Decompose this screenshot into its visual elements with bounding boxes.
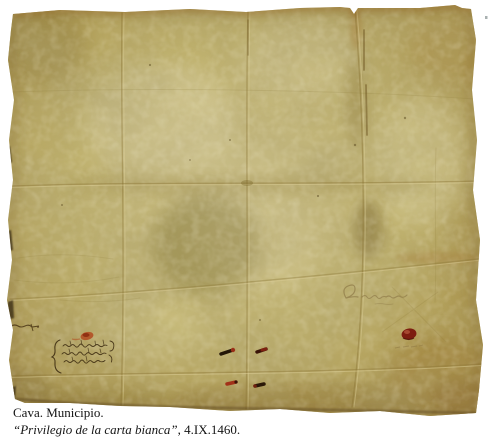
caption-title: “Privilegio de la carta bianca” [13, 422, 178, 437]
parchment-photo-figure: Cava. Municipio. “Privilegio de la carta… [0, 0, 492, 446]
parchment-photo [0, 0, 492, 422]
caption: Cava. Municipio. “Privilegio de la carta… [13, 404, 240, 438]
grain-texture [0, 0, 492, 422]
caption-line-2: “Privilegio de la carta bianca”, 4.IX.14… [13, 421, 240, 438]
caption-line-1: Cava. Municipio. [13, 404, 240, 421]
background-speck [485, 16, 488, 19]
caption-date: , 4.IX.1460. [178, 422, 240, 437]
parchment [0, 0, 492, 422]
